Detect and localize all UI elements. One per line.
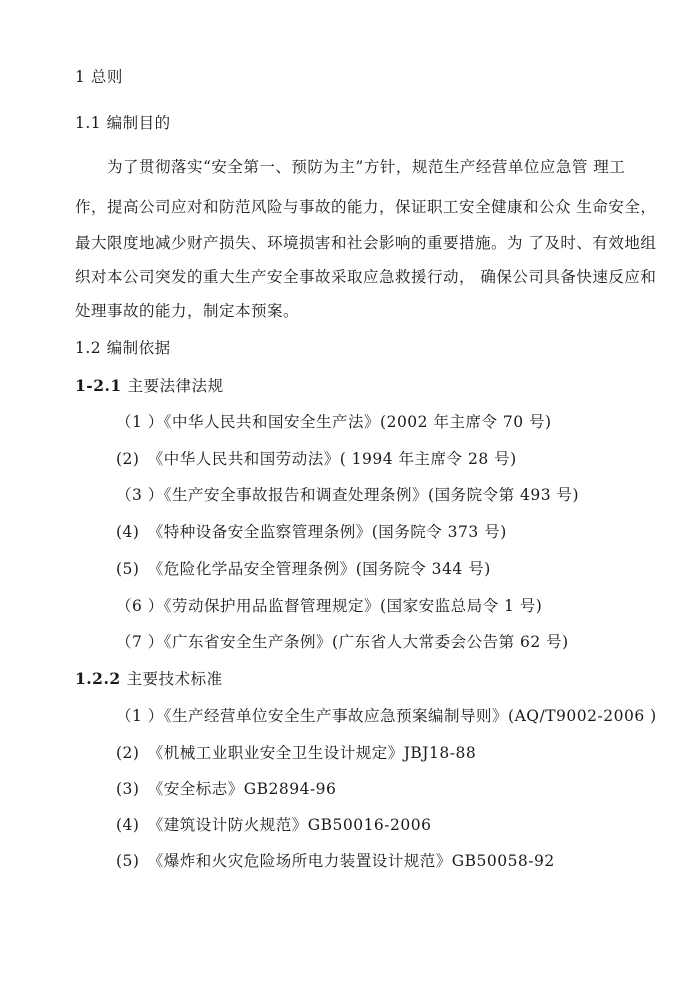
section-number: 1 bbox=[75, 68, 85, 86]
section-heading-1-2: 1.2 编制依据 bbox=[75, 338, 171, 358]
law-item: (4) 《特种设备安全监察管理条例》(国务院令 373 号) bbox=[116, 522, 507, 542]
paragraph-line: 作，提高公司应对和防范风险与事故的能力，保证职工安全健康和公众 生命安全， bbox=[75, 197, 635, 217]
section-title: 编制目的 bbox=[107, 114, 171, 132]
section-heading-1-2-1: 1-2.1 主要法律法规 bbox=[75, 376, 224, 396]
paragraph-line: 织对本公司突发的重大生产安全事故采取应急救援行动， 确保公司具备快速反应和 bbox=[75, 267, 635, 287]
section-heading-1: 1 总则 bbox=[75, 67, 123, 87]
standard-item: (3) 《安全标志》GB2894-96 bbox=[116, 779, 336, 799]
paragraph-line: 为了贯彻落实“安全第一、预防为主”方针，规范生产经营单位应急管 理工 bbox=[75, 157, 635, 177]
section-title: 主要技术标准 bbox=[127, 670, 223, 688]
paragraph-line: 处理事故的能力，制定本预案。 bbox=[75, 301, 635, 321]
section-number: 1.1 bbox=[75, 114, 101, 132]
section-title: 主要法律法规 bbox=[128, 377, 224, 395]
section-number: 1-2.1 bbox=[75, 376, 122, 395]
paragraph-line: 最大限度地减少财产损失、环境损害和社会影响的重要措施。为 了及时、有效地组 bbox=[75, 233, 635, 253]
section-number: 1.2 bbox=[75, 339, 101, 357]
section-heading-1-1: 1.1 编制目的 bbox=[75, 113, 171, 133]
section-title: 总则 bbox=[91, 68, 123, 86]
document-page: 1 总则 1.1 编制目的 为了贯彻落实“安全第一、预防为主”方针，规范生产经营… bbox=[0, 0, 700, 990]
law-item: （6 ）《劳动保护用品监督管理规定》(国家安监总局令 1 号) bbox=[116, 596, 542, 616]
section-title: 编制依据 bbox=[107, 339, 171, 357]
section-number: 1.2.2 bbox=[75, 669, 121, 688]
standard-item: (5) 《爆炸和火灾危险场所电力装置设计规范》GB50058-92 bbox=[116, 851, 555, 871]
standard-item: (2) 《机械工业职业安全卫生设计规定》JBJ18-88 bbox=[116, 743, 476, 763]
law-item: （7 ）《广东省安全生产条例》(广东省人大常委会公告第 62 号) bbox=[116, 632, 569, 652]
section-heading-1-2-2: 1.2.2 主要技术标准 bbox=[75, 669, 223, 689]
law-item: (2) 《中华人民共和国劳动法》( 1994 年主席令 28 号) bbox=[116, 449, 517, 469]
standard-item: （1 ）《生产经营单位安全生产事故应急预案编制导则》(AQ/T9002-2006… bbox=[116, 706, 657, 726]
standard-item: (4) 《建筑设计防火规范》GB50016-2006 bbox=[116, 815, 431, 835]
law-item: (5) 《危险化学品安全管理条例》(国务院令 344 号) bbox=[116, 559, 491, 579]
law-item: （3 ）《生产安全事故报告和调查处理条例》(国务院令第 493 号) bbox=[116, 485, 579, 505]
law-item: （1 ）《中华人民共和国安全生产法》(2002 年主席令 70 号) bbox=[116, 412, 552, 432]
